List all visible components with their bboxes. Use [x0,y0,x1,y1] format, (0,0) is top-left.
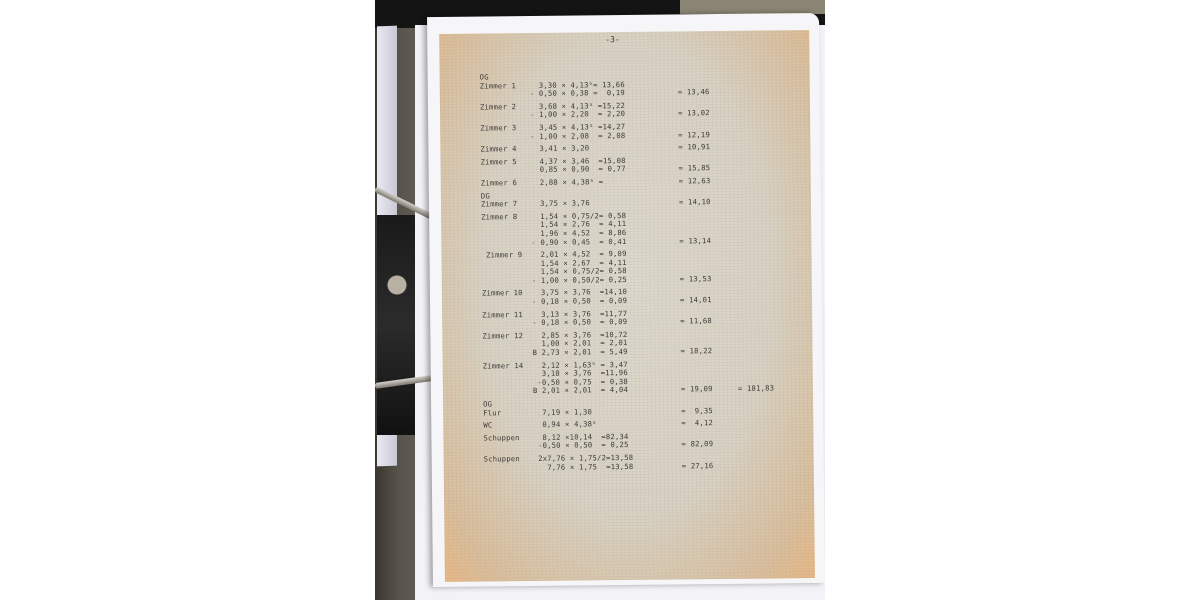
area-expression: 3,75 × 3,76 [531,199,590,208]
grand-total: = 181,83 [738,385,774,394]
room-total: = 19,09 [681,386,713,395]
binder-ring-mechanism [377,215,417,435]
area-expression: -0,50 × 0,50 = 0,25 [533,441,628,451]
room-label: Zimmer 6 [481,179,517,188]
room-label: Schuppen [483,434,519,443]
room-label: Zimmer 5 [481,158,517,167]
room-total: = 18,22 [681,347,713,356]
area-expression: B 2,01 × 2,01 = 4,04 [533,386,628,396]
room-label: Zimmer 7 [481,200,517,209]
desk-surface [680,0,825,14]
room-total: = 12,19 [678,131,710,140]
room-label: Schuppen [484,455,520,464]
calculation-row: Zimmer 6 2,88 × 4,38⁵ == 12,63 [481,176,811,188]
calculation-row: - 1,00 × 0,50/2= 0,25= 13,53 [482,274,812,286]
room-label: Flur [483,409,501,418]
calculation-row: - 0,50 × 0,38 = 0,19= 13,46 [480,87,810,99]
calculation-row: Zimmer 4 3,41 × 3,20= 10,91 [480,142,810,154]
room-total: = 9,35 [681,407,713,416]
room-total: = 12,63 [679,177,711,186]
area-expression: 7,19 × 1,30 [533,408,592,417]
area-expression: - 0,18 × 0,50 = 0,09 [532,297,627,307]
area-expression: - 0,90 × 0,45 = 0,41 [531,237,626,247]
room-total: = 10,91 [678,143,710,152]
room-label: WC [483,422,492,431]
calculation-row: - 1,00 × 2,08 = 2,08= 12,19 [480,130,810,142]
area-expression: 3,41 × 3,20 [530,145,589,154]
calculation-row: Zimmer 7 3,75 × 3,76= 14,10 [481,197,811,209]
room-total: = 4,12 [681,419,713,428]
calculation-row: - 0,18 × 0,50 = 0,09= 11,68 [482,316,812,328]
calculation-row: - 0,90 × 0,45 = 0,41= 13,14 [481,236,811,248]
room-label: Zimmer 3 [480,124,516,133]
room-label: Zimmer 4 [480,145,516,154]
calculation-row: - 1,00 × 2,20 = 2,20= 13,02 [480,108,810,120]
room-total: = 13,53 [680,275,712,284]
room-total: = 13,46 [678,88,710,97]
calculation-row: WC 0,94 × 4,38⁵= 4,12 [483,418,813,430]
room-label: Zimmer 8 [481,213,517,222]
area-expression: - 1,00 × 0,50/2= 0,25 [532,276,627,286]
area-expression: B 2,73 × 2,01 = 5,49 [533,348,628,358]
calculation-row: B 2,73 × 2,01 = 5,49= 18,22 [483,346,813,358]
room-total: = 14,10 [679,198,711,207]
area-expression: 0,94 × 4,38⁵ [533,421,596,430]
page-number: -3- [605,35,620,44]
printed-area: -3- OGZimmer 1 3,30 × 4,13⁵= 13,66- 0,50… [439,30,815,582]
calculation-row: -0,50 × 0,50 = 0,25= 82,09 [483,439,813,451]
area-expression: 2,88 × 4,38⁵ = [531,178,604,187]
calculation-row: 0,85 × 0,90 = 0,77= 15,85 [481,163,811,175]
area-expression: - 0,50 × 0,38 = 0,19 [530,89,625,99]
calculation-row: B 2,01 × 2,01 = 4,04= 19,09= 181,83 [483,384,813,396]
document-photo: -3- OGZimmer 1 3,30 × 4,13⁵= 13,66- 0,50… [375,0,825,600]
room-total: = 11,68 [680,317,712,326]
area-expression: 0,85 × 0,90 = 0,77 [531,165,626,175]
area-expression: 7,76 × 1,75 =13,58 [534,462,634,472]
area-expression: - 1,00 × 2,20 = 2,20 [530,110,625,120]
calculation-row: - 0,18 × 0,50 = 0,09= 14,01 [482,295,812,307]
room-total: = 13,02 [678,109,710,118]
room-label: Zimmer 1 [480,82,516,91]
room-total: = 82,09 [681,440,713,449]
room-total: = 13,14 [679,237,711,246]
area-expression: - 0,18 × 0,50 = 0,09 [532,318,627,328]
area-expression: - 1,00 × 2,08 = 2,08 [530,132,625,142]
area-calculation-list: OGZimmer 1 3,30 × 4,13⁵= 13,66- 0,50 × 0… [480,70,814,473]
room-label: Zimmer 2 [480,103,516,112]
room-total: = 27,16 [682,462,714,471]
room-total: = 15,85 [679,164,711,173]
document-page: -3- OGZimmer 1 3,30 × 4,13⁵= 13,66- 0,50… [427,13,825,587]
calculation-row: Flur 7,19 × 1,30= 9,35 [483,406,813,418]
room-total: = 14,01 [680,296,712,305]
